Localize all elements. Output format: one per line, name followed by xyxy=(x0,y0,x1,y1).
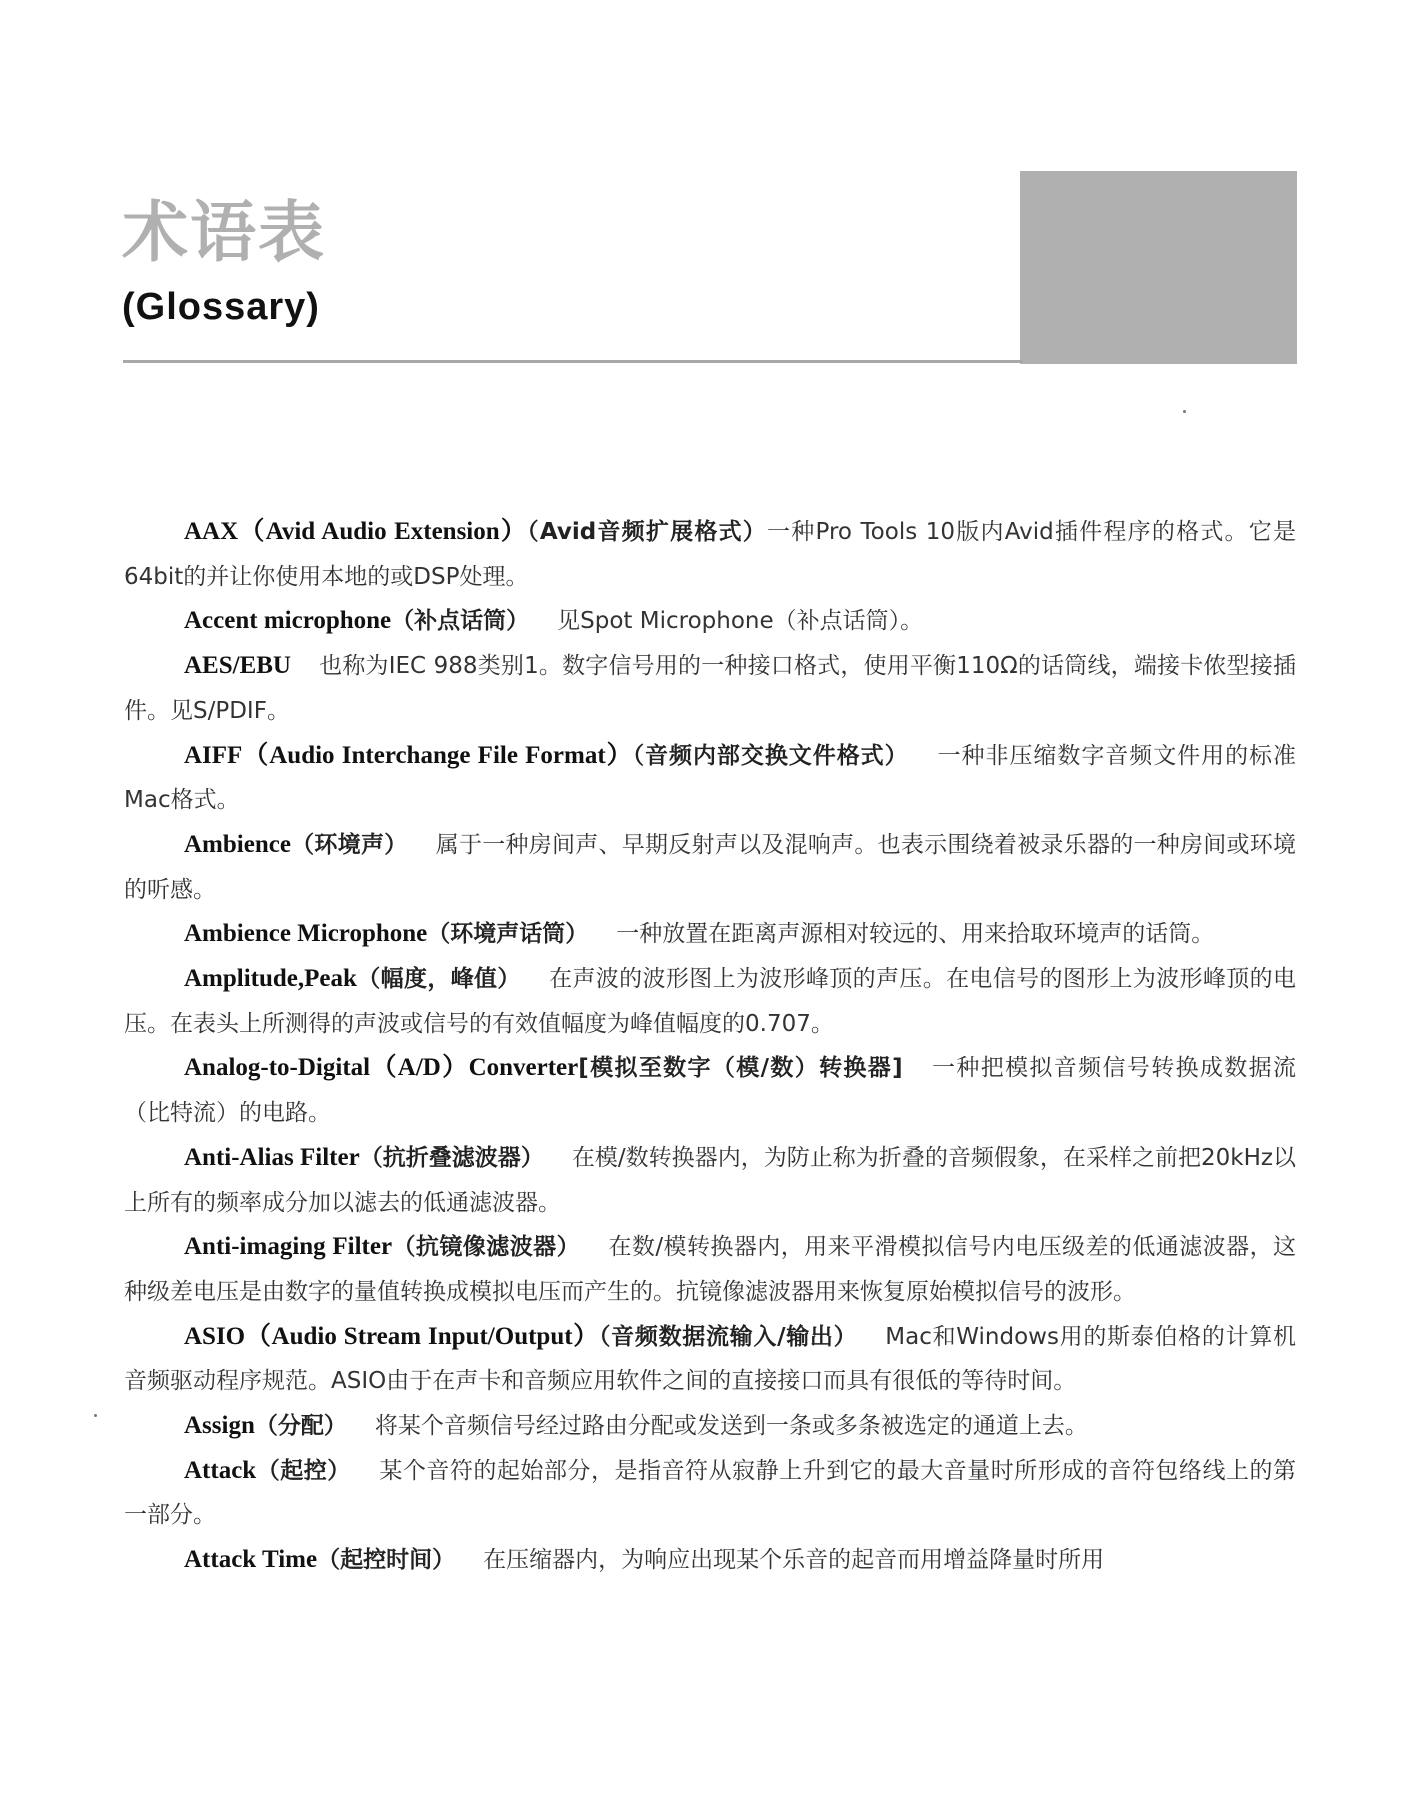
entry-definition: 也称为IEC 988类别1。数字信号用的一种接口格式，使用平衡110Ω的话筒线，… xyxy=(124,653,1296,724)
glossary-entry-aax: AAX（Avid Audio Extension）（Avid音频扩展格式）一种P… xyxy=(124,510,1296,599)
glossary-entry-anti-alias-filter: Anti-Alias Filter（抗折叠滤波器）在模/数转换器内，为防止称为折… xyxy=(124,1136,1296,1225)
glossary-entry-assign: Assign（分配）将某个音频信号经过路由分配或发送到一条或多条被选定的通道上去… xyxy=(124,1404,1296,1449)
entry-term: AAX（Avid Audio Extension） xyxy=(184,518,527,545)
entry-term: ASIO（Audio Stream Input/Output） xyxy=(184,1323,599,1350)
entry-term: Analog-to-Digital（A/D）Converter xyxy=(184,1054,578,1081)
header-accent-box xyxy=(1020,171,1297,364)
entry-term-chinese: （分配） xyxy=(255,1413,347,1439)
entry-term-chinese: （起控） xyxy=(256,1458,351,1484)
entry-term-chinese: （补点话筒） xyxy=(391,608,529,634)
entry-term: Ambience xyxy=(184,831,291,858)
entry-term-chinese: （音频内部交换文件格式） xyxy=(633,743,909,769)
entry-term: Anti-imaging Filter xyxy=(184,1233,392,1260)
entry-definition: 见Spot Microphone（补点话筒）。 xyxy=(557,608,923,634)
entry-definition: 将某个音频信号经过路由分配或发送到一条或多条被选定的通道上去。 xyxy=(375,1413,1088,1439)
glossary-entry-attack-time: Attack Time（起控时间）在压缩器内，为响应出现某个乐音的起音而用增益降… xyxy=(124,1538,1296,1583)
scan-speck xyxy=(94,1414,97,1417)
glossary-entry-ambience-microphone: Ambience Microphone（环境声话筒）一种放置在距离声源相对较远的… xyxy=(124,912,1296,957)
glossary-entry-amplitude-peak: Amplitude,Peak（幅度，峰值）在声波的波形图上为波形峰顶的声压。在电… xyxy=(124,957,1296,1046)
glossary-list: AAX（Avid Audio Extension）（Avid音频扩展格式）一种P… xyxy=(124,510,1296,1583)
glossary-entry-attack: Attack（起控）某个音符的起始部分，是指音符从寂静上升到它的最大音量时所形成… xyxy=(124,1449,1296,1538)
page-title-chinese: 术语表 xyxy=(122,196,326,270)
header-divider xyxy=(123,360,1023,363)
entry-term: Anti-Alias Filter xyxy=(184,1144,360,1171)
entry-definition: 在压缩器内，为响应出现某个乐音的起音而用增益降量时所用 xyxy=(483,1547,1104,1573)
entry-term: AES/EBU xyxy=(184,652,291,679)
glossary-entry-anti-imaging-filter: Anti-imaging Filter（抗镜像滤波器）在数/模转换器内，用来平滑… xyxy=(124,1225,1296,1314)
entry-term-chinese: （抗镜像滤波器） xyxy=(392,1234,580,1260)
entry-term: Attack Time xyxy=(184,1546,317,1573)
glossary-entry-ad-converter: Analog-to-Digital（A/D）Converter[模拟至数字（模/… xyxy=(124,1046,1296,1135)
scan-speck xyxy=(1183,410,1186,413)
entry-term-chinese: （起控时间） xyxy=(317,1547,455,1573)
entry-term-chinese: （抗折叠滤波器） xyxy=(360,1145,544,1171)
glossary-entry-accent-microphone: Accent microphone（补点话筒）见Spot Microphone（… xyxy=(124,599,1296,644)
entry-term: Attack xyxy=(184,1457,256,1484)
entry-term-chinese: [模拟至数字（模/数）转换器] xyxy=(578,1055,902,1081)
entry-definition: 一种放置在距离声源相对较远的、用来拾取环境声的话筒。 xyxy=(616,921,1214,947)
entry-term: Ambience Microphone xyxy=(184,920,427,947)
glossary-entry-asio: ASIO（Audio Stream Input/Output）（音频数据流输入/… xyxy=(124,1315,1296,1404)
entry-term-chinese: （环境声话筒） xyxy=(427,921,588,947)
entry-term: Accent microphone xyxy=(184,607,391,634)
entry-term: Amplitude,Peak xyxy=(184,965,357,992)
entry-term-chinese: （音频数据流输入/输出） xyxy=(599,1324,857,1350)
glossary-entry-aes-ebu: AES/EBU也称为IEC 988类别1。数字信号用的一种接口格式，使用平衡11… xyxy=(124,644,1296,733)
glossary-entry-ambience: Ambience（环境声）属于一种房间声、早期反射声以及混响声。也表示围绕着被录… xyxy=(124,823,1296,912)
page-title-english: (Glossary) xyxy=(122,283,320,331)
glossary-entry-aiff: AIFF（Audio Interchange File Format）（音频内部… xyxy=(124,734,1296,823)
entry-term-chinese: （环境声） xyxy=(291,832,408,858)
entry-term-chinese: （Avid音频扩展格式） xyxy=(527,519,767,545)
entry-term-chinese: （幅度，峰值） xyxy=(357,966,521,992)
entry-term: AIFF（Audio Interchange File Format） xyxy=(184,742,633,769)
entry-term: Assign xyxy=(184,1412,255,1439)
